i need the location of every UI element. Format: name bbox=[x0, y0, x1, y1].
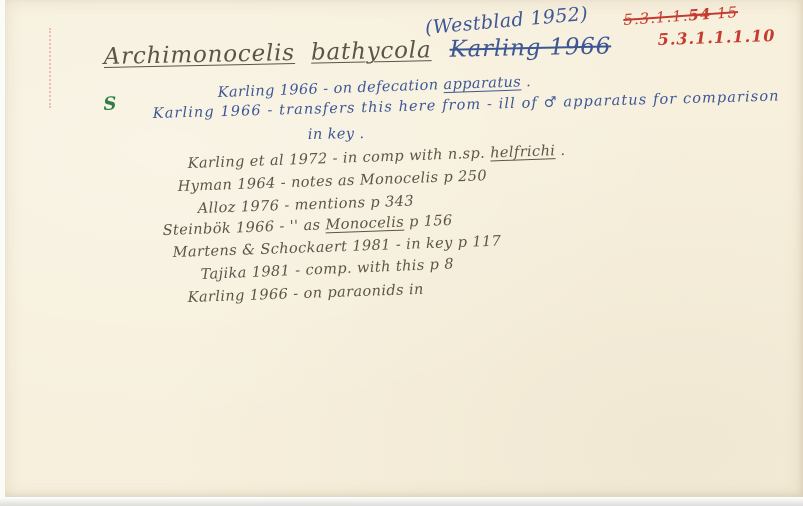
reference-entry: Steinbök 1966 - '' as Monocelis p 156 bbox=[162, 213, 452, 239]
card-title: Archimonocelis bathycola Karling 1966 bbox=[103, 33, 611, 70]
entry-text: Karling 1966 - on defecation bbox=[217, 77, 443, 101]
entry-text: . bbox=[555, 143, 566, 159]
entry-text: . bbox=[521, 74, 532, 90]
entry-underlined-text: helfrichi bbox=[490, 143, 556, 161]
ink-bleed-mark bbox=[49, 28, 51, 108]
struck-authority: Karling 1966 bbox=[449, 33, 611, 62]
reference-entry: Karling 1966 - on paraonids in bbox=[187, 282, 424, 306]
entry-underlined-text: apparatus bbox=[443, 74, 521, 93]
reference-entry: Hyman 1964 - notes as Monocelis p 250 bbox=[177, 168, 487, 195]
entry-text: Steinbök 1966 - '' as bbox=[162, 217, 325, 239]
margin-mark: S bbox=[103, 93, 117, 115]
entry-underlined-text: Monocelis bbox=[325, 215, 404, 234]
catalog-code-new: 5.3.1.1.1.10 bbox=[657, 26, 775, 49]
genus-name: Archimonocelis bbox=[103, 40, 295, 70]
reference-entry: Tajika 1981 - comp. with this p 8 bbox=[200, 256, 454, 283]
reference-entry: Karling et al 1972 - in comp with n.sp. … bbox=[187, 143, 565, 172]
reference-entry-continuation: in key . bbox=[308, 126, 365, 143]
catalog-code-old-struck-number: 54 bbox=[688, 5, 712, 25]
scanned-index-card: 5.3.1.1.54 15 5.3.1.1.1.10 (Westblad 195… bbox=[0, 0, 803, 506]
entry-text: Karling et al 1972 - in comp with n.sp. bbox=[187, 145, 490, 172]
catalog-code-old: 5.3.1.1.54 15 bbox=[623, 3, 739, 29]
scanner-bottom-strip bbox=[0, 497, 803, 506]
catalog-code-old-prefix: 5.3.1.1. bbox=[623, 6, 689, 29]
reference-entry: Alloz 1976 - mentions p 343 bbox=[197, 193, 414, 217]
index-card: 5.3.1.1.54 15 5.3.1.1.1.10 (Westblad 195… bbox=[5, 0, 803, 497]
catalog-code-old-suffix: 15 bbox=[711, 3, 739, 23]
entry-text: p 156 bbox=[404, 213, 453, 231]
species-name: bathycola bbox=[311, 37, 432, 66]
